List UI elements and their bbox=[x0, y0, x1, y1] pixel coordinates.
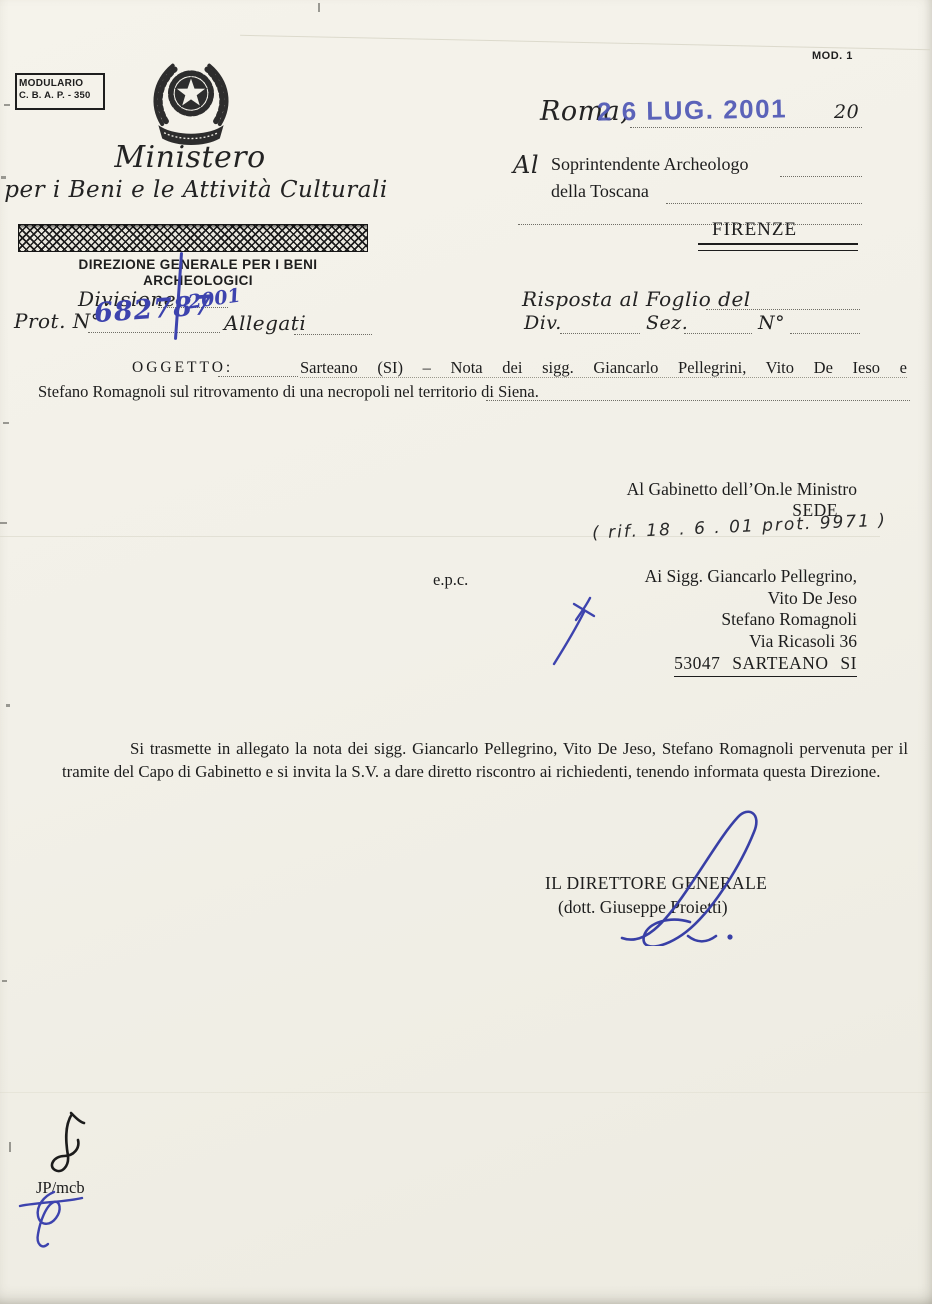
dotted-rule bbox=[518, 224, 862, 225]
addressee-line-cap: 53047 SARTEANO SI bbox=[674, 653, 857, 677]
firenze-double-rule bbox=[698, 243, 858, 251]
dotted-rule bbox=[666, 203, 862, 204]
recipient-al-label: Al bbox=[513, 151, 539, 179]
dateline-year-prefix: 20 bbox=[834, 101, 859, 123]
dotted-rule bbox=[630, 127, 862, 128]
dotted-rule bbox=[300, 377, 907, 378]
paper-crease bbox=[240, 35, 930, 50]
scan-speck bbox=[318, 3, 320, 12]
dotted-rule bbox=[218, 376, 298, 377]
redacted-office-hatch-bar bbox=[18, 224, 368, 252]
blue-pen-arrow-mark bbox=[548, 590, 600, 670]
scan-speck bbox=[0, 522, 7, 524]
prot-year-handwritten: 2001 bbox=[187, 284, 242, 313]
recipient-line1: Soprintendente Archeologo bbox=[551, 154, 748, 175]
dotted-rule bbox=[486, 400, 910, 401]
sez-label: Sez. bbox=[646, 312, 688, 334]
mod-label: MOD. 1 bbox=[812, 50, 853, 62]
director-signature-flourish bbox=[592, 806, 782, 946]
scan-speck bbox=[4, 104, 10, 106]
n-label: N° bbox=[758, 312, 785, 334]
dotted-rule bbox=[790, 333, 860, 334]
subject-label: OGGETTO: bbox=[132, 359, 233, 377]
modulario-line2: C. B. A. P. - 350 bbox=[19, 90, 103, 101]
dotted-rule bbox=[684, 333, 752, 334]
recipient-city: FIRENZE bbox=[712, 219, 797, 241]
ministry-name-line1: Ministero bbox=[40, 140, 340, 175]
dotted-rule bbox=[560, 333, 640, 334]
modulario-stamp-box: MODULARIO C. B. A. P. - 350 bbox=[15, 73, 105, 110]
italian-republic-emblem bbox=[143, 55, 239, 151]
date-stamp: 2 6 LUG. 2001 bbox=[597, 93, 788, 127]
scan-speck bbox=[3, 422, 9, 424]
dotted-rule bbox=[706, 309, 860, 310]
subject-line1: Sarteano (SI) – Nota dei sigg. Giancarlo… bbox=[300, 358, 907, 378]
direzione-generale-line1: DIREZIONE GENERALE PER I BENI bbox=[0, 257, 396, 272]
div-label: Div. bbox=[524, 312, 562, 334]
modulario-line1: MODULARIO bbox=[19, 78, 103, 89]
risposta-label: Risposta al Foglio del bbox=[522, 287, 751, 311]
epc-label: e.p.c. bbox=[433, 570, 468, 590]
subject-line2: Stefano Romagnoli sul ritrovamento di un… bbox=[38, 382, 539, 402]
direzione-generale-line2: ARCHEOLOGICI bbox=[0, 273, 396, 288]
addressee-line: Ai Sigg. Giancarlo Pellegrino, bbox=[500, 566, 857, 588]
recipient-line2: della Toscana bbox=[551, 181, 649, 202]
dotted-rule bbox=[780, 176, 862, 177]
blue-ink-initials-mark bbox=[16, 1186, 94, 1252]
ministry-name-line2: per i Beni e le Attività Culturali bbox=[0, 177, 392, 203]
allegati-label: Allegati bbox=[224, 311, 306, 335]
body-paragraph: Si trasmette in allegato la nota dei sig… bbox=[62, 738, 908, 783]
gabinetto-line1: Al Gabinetto dell’On.le Ministro bbox=[500, 479, 857, 500]
black-ink-initials-mark bbox=[46, 1110, 94, 1182]
scan-speck bbox=[9, 1142, 11, 1152]
prot-label: Prot. N° bbox=[14, 309, 101, 333]
scan-speck bbox=[6, 704, 10, 707]
paper-crease bbox=[0, 1092, 932, 1093]
scanned-letter-page: MOD. 1 MODULARIO C. B. A. P. - 350 Minis… bbox=[0, 0, 932, 1304]
dotted-rule bbox=[88, 332, 220, 333]
dotted-rule bbox=[294, 334, 372, 335]
scan-speck bbox=[2, 980, 7, 982]
